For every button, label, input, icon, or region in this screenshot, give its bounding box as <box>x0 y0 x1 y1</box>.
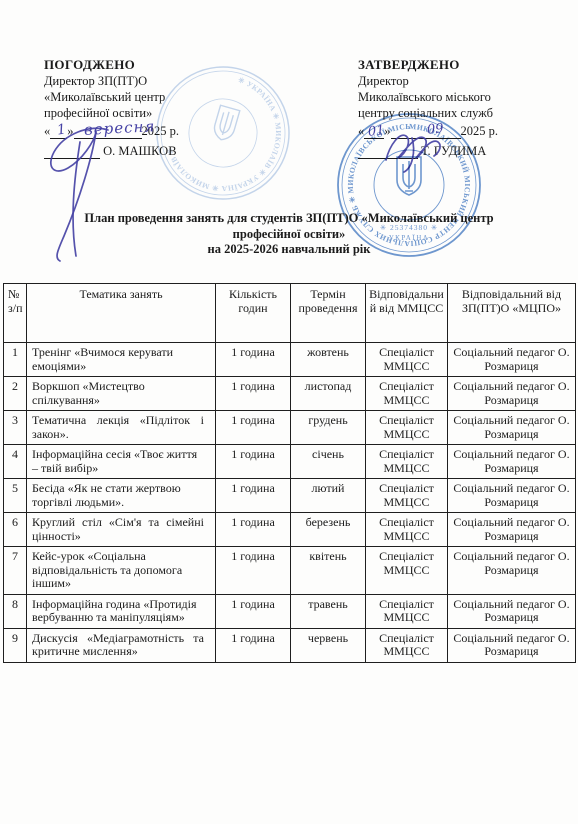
title-line-2: професійної освіти» <box>0 227 578 243</box>
lesson-hours: 1 година <box>216 445 291 479</box>
table-row: 3 Тематична лекція «Підліток і закон». 1… <box>4 411 576 445</box>
header-term: Термін проведення <box>291 284 366 343</box>
approval-right-line: центру соціальних служб <box>358 105 568 121</box>
trident-emblem <box>397 157 421 195</box>
signature-blank <box>44 145 100 159</box>
responsible-mmcss: Спеціаліст ММЦСС <box>366 411 448 445</box>
header-resp-zpto: Відповідальний від ЗП(ПТ)О «МЦПО» <box>448 284 576 343</box>
lesson-topic: Бесіда «Як не стати жертвою торгівлі люд… <box>27 479 216 513</box>
approval-right-dateline: «»2025 р. <box>358 123 568 139</box>
approval-right-line: Директор <box>358 73 568 89</box>
table-row: 8 Інформаційна година «Протидія вербуван… <box>4 594 576 628</box>
table-row: 2 Воркшоп «Мистецтво спілкування» 1 годи… <box>4 377 576 411</box>
row-number: 1 <box>4 343 27 377</box>
approval-left-line: «Миколаївський центр <box>44 89 249 105</box>
header-topic: Тематика занять <box>27 284 216 343</box>
lesson-term: січень <box>291 445 366 479</box>
header-hours: Кількість годин <box>216 284 291 343</box>
lesson-term: травень <box>291 594 366 628</box>
responsible-mmcss: Спеціаліст ММЦСС <box>366 513 448 547</box>
row-number: 6 <box>4 513 27 547</box>
approval-left-line: професійної освіти» <box>44 105 249 121</box>
day-blank <box>364 125 384 139</box>
header-resp-mmcss: Відповідальний від ММЦСС <box>366 284 448 343</box>
responsible-zpto: Соціальний педагог О. Розмариця <box>448 513 576 547</box>
signature-blank <box>358 145 418 159</box>
lesson-term: червень <box>291 628 366 662</box>
responsible-zpto: Соціальний педагог О. Розмариця <box>448 377 576 411</box>
row-number: 4 <box>4 445 27 479</box>
year-text: 2025 р. <box>142 124 180 138</box>
document-title: План проведення занять для студентів ЗП(… <box>0 211 578 258</box>
lesson-hours: 1 година <box>216 513 291 547</box>
responsible-mmcss: Спеціаліст ММЦСС <box>366 594 448 628</box>
lesson-topic: Воркшоп «Мистецтво спілкування» <box>27 377 216 411</box>
director-name-mashkov: О. МАШКОВ <box>103 144 176 158</box>
lesson-term: лютий <box>291 479 366 513</box>
lesson-hours: 1 година <box>216 377 291 411</box>
table-row: 7 Кейс-урок «Соціальна відповідальність … <box>4 547 576 595</box>
title-line-1: План проведення занять для студентів ЗП(… <box>0 211 578 227</box>
responsible-mmcss: Спеціаліст ММЦСС <box>366 479 448 513</box>
approval-block-left: ПОГОДЖЕНО Директор ЗП(ПТ)О «Миколаївськи… <box>44 57 249 159</box>
approval-block-right: ЗАТВЕРДЖЕНО Директор Миколаївського місь… <box>358 57 568 159</box>
responsible-zpto: Соціальний педагог О. Розмариця <box>448 479 576 513</box>
approval-left-heading: ПОГОДЖЕНО <box>44 57 249 73</box>
lesson-term: листопад <box>291 377 366 411</box>
approval-left-dateline: «»2025 р. <box>44 123 249 139</box>
table-row: 1 Тренінг «Вчимося керувати емоціями» 1 … <box>4 343 576 377</box>
row-number: 3 <box>4 411 27 445</box>
responsible-mmcss: Спеціаліст ММЦСС <box>366 547 448 595</box>
lesson-hours: 1 година <box>216 411 291 445</box>
month-blank <box>391 125 461 139</box>
title-line-3: на 2025-2026 навчальний рік <box>0 242 578 258</box>
lesson-plan-table: № з/п Тематика занять Кількість годин Те… <box>3 283 576 663</box>
table-row: 4 Інформаційна сесія «Твоє життя – твій … <box>4 445 576 479</box>
responsible-zpto: Соціальний педагог О. Розмариця <box>448 594 576 628</box>
lesson-topic: Тематична лекція «Підліток і закон». <box>27 411 216 445</box>
lesson-topic: Інформаційна година «Протидія вербуванню… <box>27 594 216 628</box>
responsible-mmcss: Спеціаліст ММЦСС <box>366 445 448 479</box>
lesson-term: квітень <box>291 547 366 595</box>
responsible-zpto: Соціальний педагог О. Розмариця <box>448 445 576 479</box>
row-number: 9 <box>4 628 27 662</box>
responsible-mmcss: Спеціаліст ММЦСС <box>366 377 448 411</box>
responsible-zpto: Соціальний педагог О. Розмариця <box>448 628 576 662</box>
document-page: ✳ УКРАЇНА ✳ МИКОЛАЇВ ✳ УКРАЇНА ✳ МИКОЛАЇ… <box>0 0 578 824</box>
lesson-hours: 1 година <box>216 547 291 595</box>
responsible-zpto: Соціальний педагог О. Розмариця <box>448 547 576 595</box>
table-header-row: № з/п Тематика занять Кількість годин Те… <box>4 284 576 343</box>
header-num: № з/п <box>4 284 27 343</box>
row-number: 7 <box>4 547 27 595</box>
lesson-topic: Дискусія «Медіаграмотність та критичне м… <box>27 628 216 662</box>
approval-right-nameline: Т. ГУДИМА <box>358 143 568 159</box>
approval-right-line: Миколаївського міського <box>358 89 568 105</box>
row-number: 8 <box>4 594 27 628</box>
lesson-term: березень <box>291 513 366 547</box>
responsible-mmcss: Спеціаліст ММЦСС <box>366 343 448 377</box>
lesson-hours: 1 година <box>216 479 291 513</box>
lesson-hours: 1 година <box>216 594 291 628</box>
table-row: 6 Круглий стіл «Сім'я та сімейні цінност… <box>4 513 576 547</box>
table-row: 5 Бесіда «Як не стати жертвою торгівлі л… <box>4 479 576 513</box>
lesson-topic: Тренінг «Вчимося керувати емоціями» <box>27 343 216 377</box>
approval-left-nameline: О. МАШКОВ <box>44 143 249 159</box>
lesson-topic: Кейс-урок «Соціальна відповідальність та… <box>27 547 216 595</box>
lesson-topic: Інформаційна сесія «Твоє життя – твій ви… <box>27 445 216 479</box>
responsible-zpto: Соціальний педагог О. Розмариця <box>448 411 576 445</box>
row-number: 2 <box>4 377 27 411</box>
day-blank <box>50 125 67 139</box>
month-blank <box>74 125 142 139</box>
lesson-hours: 1 година <box>216 628 291 662</box>
table-row: 9 Дискусія «Медіаграмотність та критичне… <box>4 628 576 662</box>
lesson-term: грудень <box>291 411 366 445</box>
director-name-gudyma: Т. ГУДИМА <box>421 144 486 158</box>
responsible-mmcss: Спеціаліст ММЦСС <box>366 628 448 662</box>
approval-right-heading: ЗАТВЕРДЖЕНО <box>358 57 568 73</box>
approval-left-line: Директор ЗП(ПТ)О <box>44 73 249 89</box>
lesson-topic: Круглий стіл «Сім'я та сімейні цінності» <box>27 513 216 547</box>
responsible-zpto: Соціальний педагог О. Розмариця <box>448 343 576 377</box>
row-number: 5 <box>4 479 27 513</box>
lesson-term: жовтень <box>291 343 366 377</box>
year-text: 2025 р. <box>461 124 499 138</box>
lesson-hours: 1 година <box>216 343 291 377</box>
